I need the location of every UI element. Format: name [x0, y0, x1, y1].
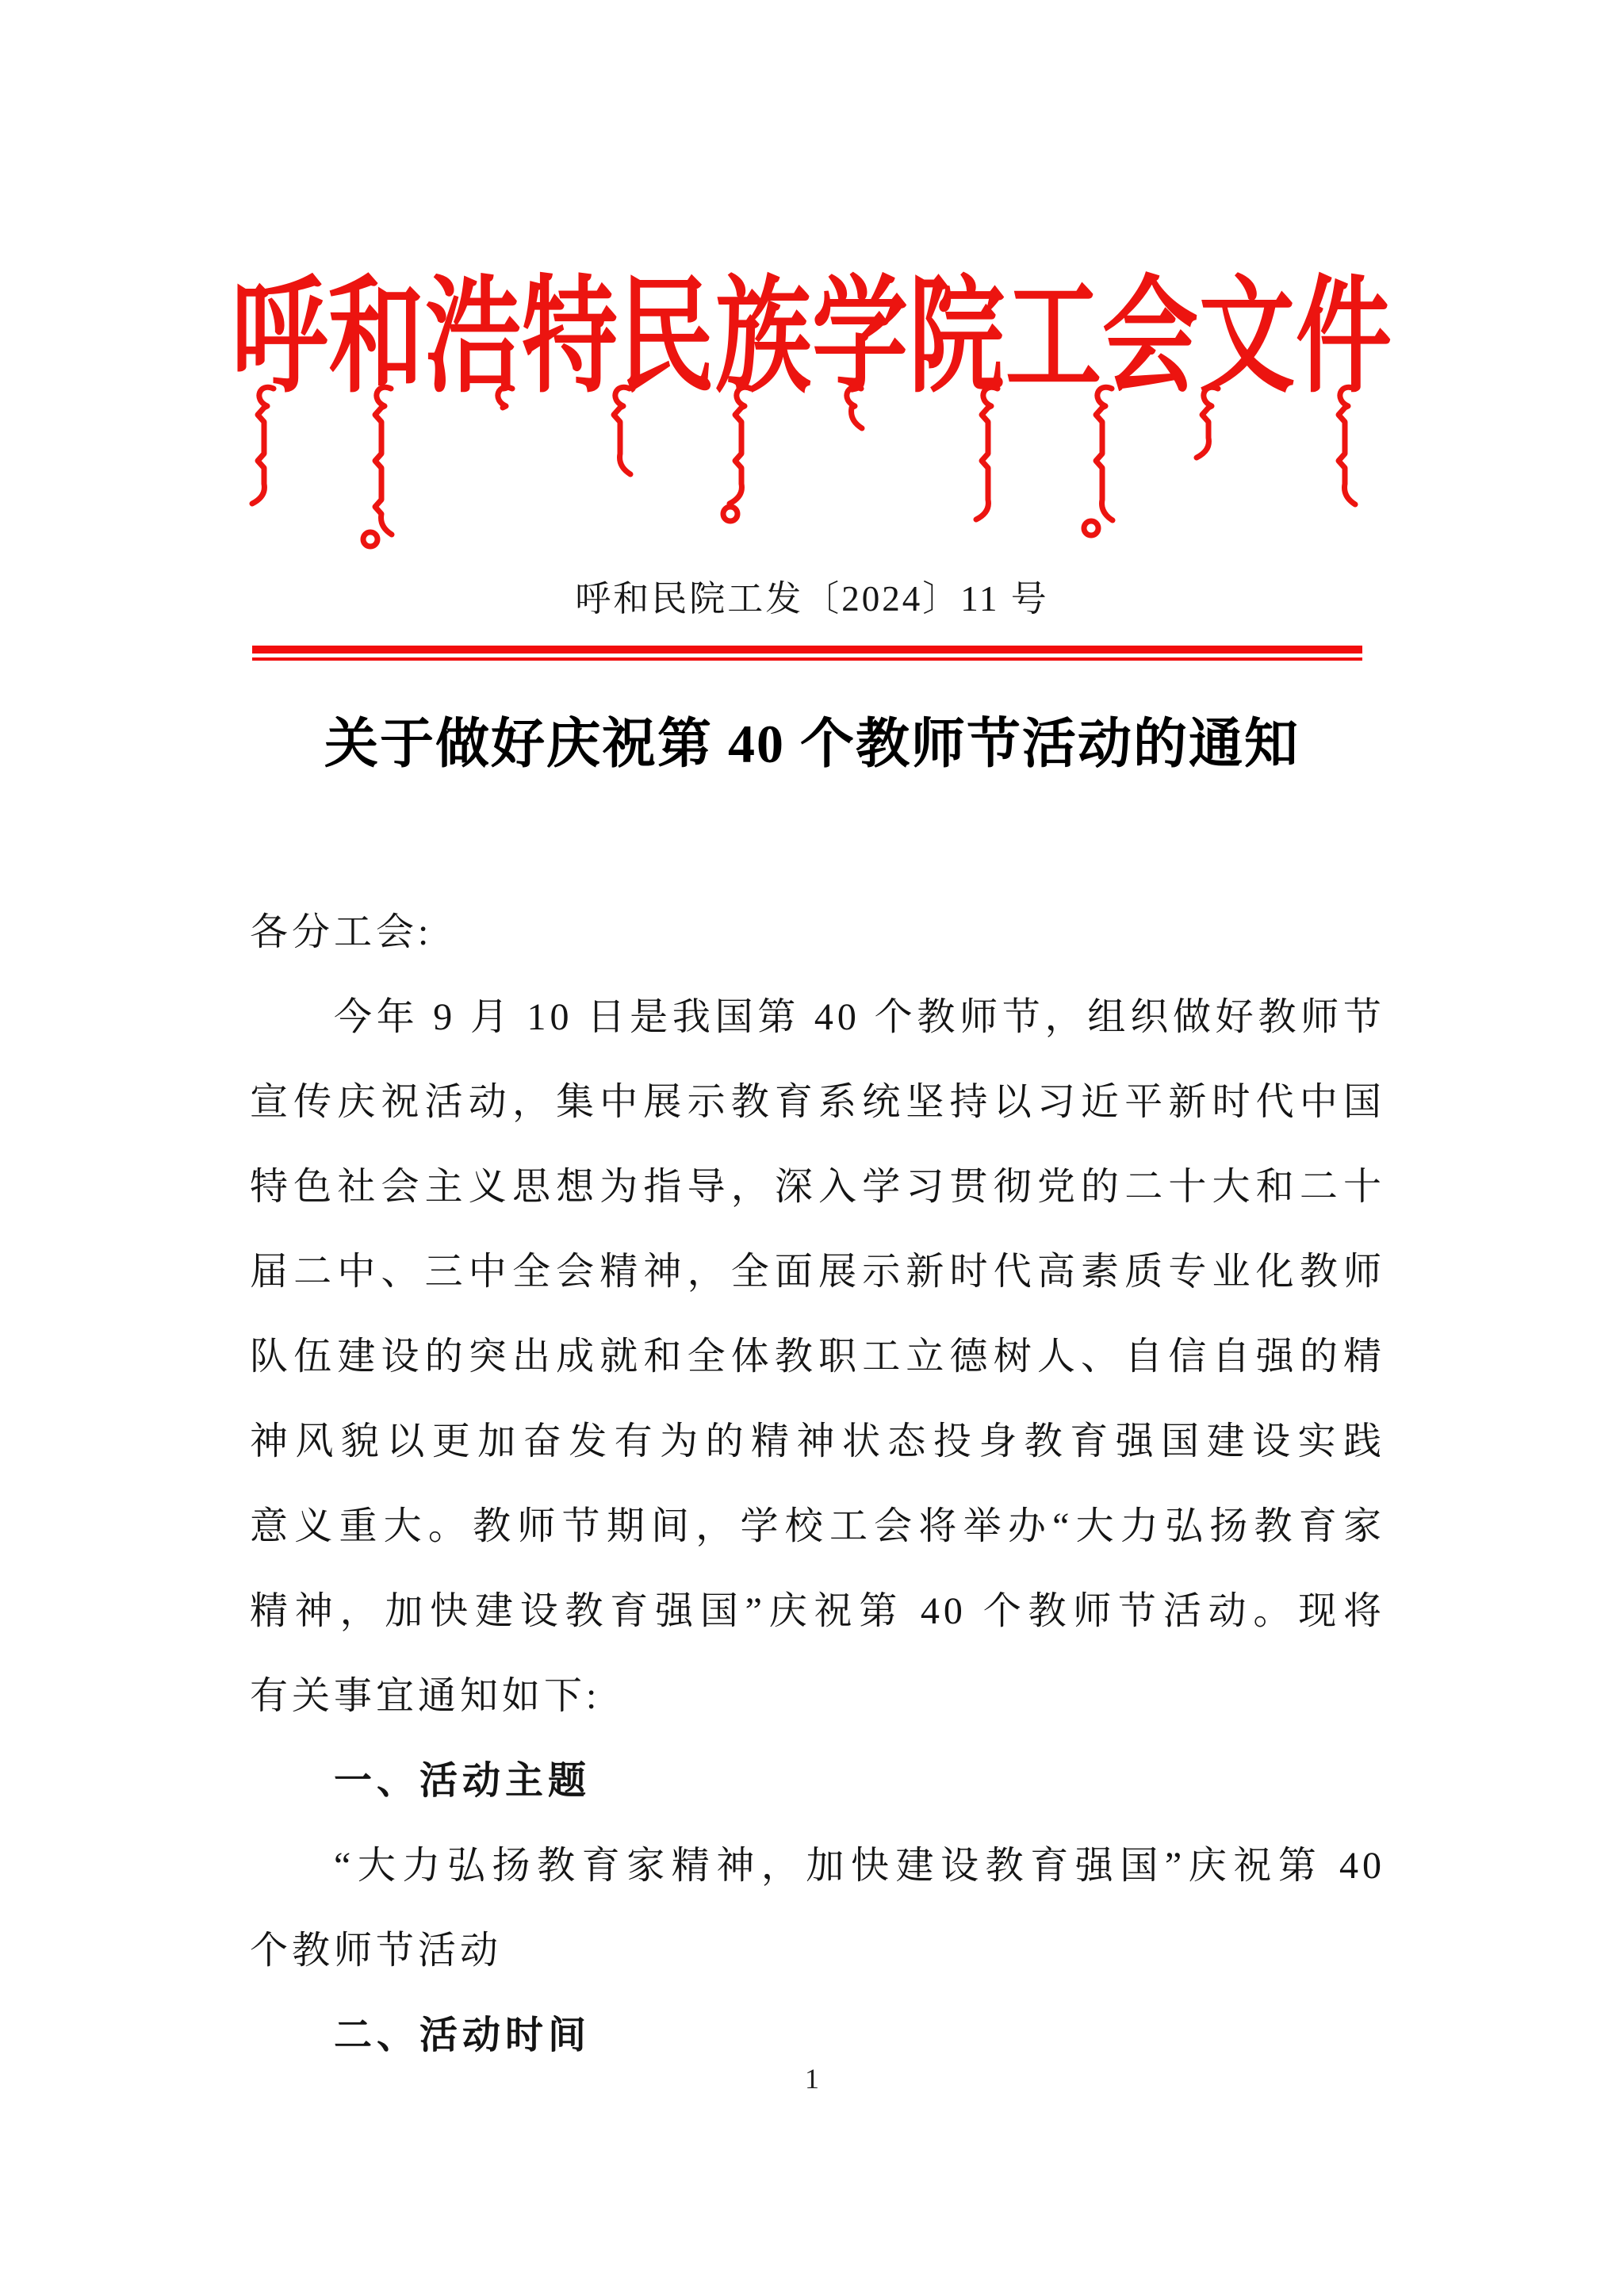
org-title: 呼和浩特民族学院工会文件: [0, 235, 1624, 417]
section-heading-1: 一、活动主题: [250, 1738, 1385, 1823]
body-line: 神风貌以更加奋发有为的精神状态投身教育强国建设实践: [250, 1399, 1385, 1484]
doc-number: 呼和民院工发〔2024〕11 号: [0, 569, 1624, 621]
document-body: 各分工会: 今年 9 月 10 日是我国第 40 个教师节，组织做好教师节 宣传…: [250, 890, 1385, 2078]
body-line-salutation: 各分工会:: [250, 890, 1385, 975]
red-separator-thin: [252, 657, 1362, 661]
red-separator-thick: [252, 646, 1362, 654]
body-line: 特色社会主义思想为指导，深入学习贯彻党的二十大和二十: [250, 1144, 1385, 1229]
page-number: 1: [0, 2062, 1624, 2095]
body-line: 届二中、三中全会精神，全面展示新时代高素质专业化教师: [250, 1229, 1385, 1314]
body-line: 个教师节活动: [250, 1908, 1385, 1993]
body-line: 宣传庆祝活动，集中展示教育系统坚持以习近平新时代中国: [250, 1060, 1385, 1144]
body-line: 今年 9 月 10 日是我国第 40 个教师节，组织做好教师节: [250, 975, 1385, 1060]
body-line: 有关事宜通知如下:: [250, 1654, 1385, 1738]
document-title: 关于做好庆祝第 40 个教师节活动的通知: [0, 701, 1624, 778]
body-line: 队伍建设的突出成就和全体教职工立德树人、自信自强的精: [250, 1314, 1385, 1399]
body-line: 意义重大。教师节期间，学校工会将举办“大力弘扬教育家: [250, 1484, 1385, 1569]
document-page: 呼和浩特民族学院工会文件 呼和民院工发〔2024〕11 号 关于做好庆祝第 40…: [0, 0, 1624, 2296]
body-line: 精神，加快建设教育强国”庆祝第 40 个教师节活动。现将: [250, 1569, 1385, 1654]
body-line: “大力弘扬教育家精神，加快建设教育强国”庆祝第 40: [250, 1823, 1385, 1908]
